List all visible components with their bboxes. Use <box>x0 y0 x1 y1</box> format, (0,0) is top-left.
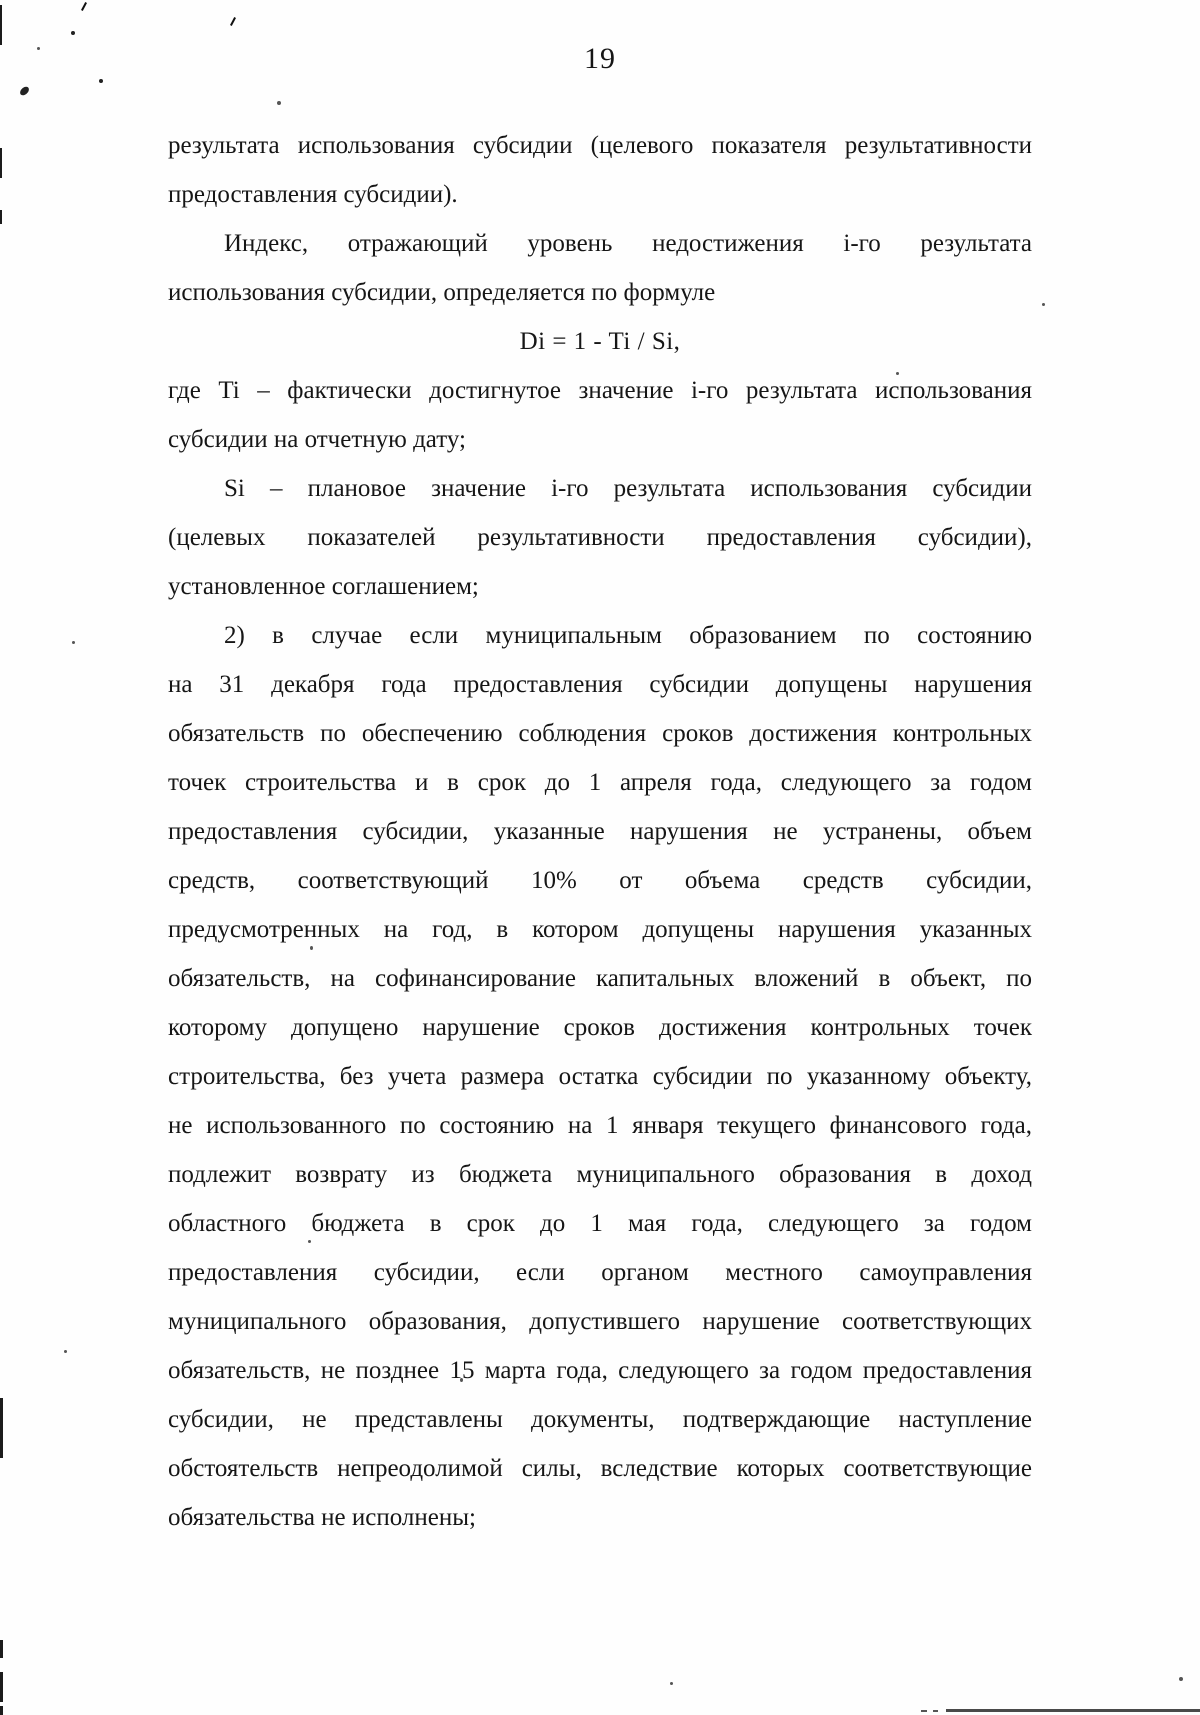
scanned-document-page: 19 результата использования субсидии (це… <box>0 0 1200 1715</box>
scan-bottom-dash <box>933 1710 938 1712</box>
text-line: 2) в случае если муниципальным образован… <box>168 611 1032 660</box>
text-line: областного бюджета в срок до 1 мая года,… <box>168 1199 1032 1248</box>
scan-speck <box>64 1350 67 1353</box>
text-line: предусмотренных на год, в котором допуще… <box>168 905 1032 954</box>
scan-edge-mark <box>0 5 2 45</box>
text-line: точек строительства и в срок до 1 апреля… <box>168 758 1032 807</box>
scan-edge-mark <box>0 1398 3 1458</box>
text-line: обязательств, на софинансирование капита… <box>168 954 1032 1003</box>
scan-speck <box>72 641 75 644</box>
scan-speck <box>308 1240 311 1243</box>
scan-speck <box>37 47 40 50</box>
text-line: использования субсидии, определяется по … <box>168 268 1032 317</box>
text-line: предоставления субсидии, если органом ме… <box>168 1248 1032 1297</box>
scan-speck <box>277 101 281 105</box>
text-line: Di = 1 - Ti / Si, <box>168 317 1032 366</box>
text-line: Si – плановое значение i-го результата и… <box>168 464 1032 513</box>
text-line: средств, соответствующий 10% от объема с… <box>168 856 1032 905</box>
text-line: субсидии на отчетную дату; <box>168 415 1032 464</box>
text-line: обязательств, не позднее 15 марта года, … <box>168 1346 1032 1395</box>
scan-speck <box>230 17 236 26</box>
scan-speck <box>670 1682 673 1685</box>
scan-speck <box>19 85 30 97</box>
text-line: предоставления субсидии, указанные наруш… <box>168 807 1032 856</box>
text-line: Индекс, отражающий уровень недостижения … <box>168 219 1032 268</box>
scan-speck <box>1179 1677 1183 1681</box>
text-line: обязательств по обеспечению соблюдения с… <box>168 709 1032 758</box>
scan-bottom-line <box>946 1709 1200 1712</box>
scan-speck <box>71 31 75 35</box>
scan-edge-mark <box>0 148 2 178</box>
text-line: на 31 декабря года предоставления субсид… <box>168 660 1032 709</box>
text-line: результата использования субсидии (целев… <box>168 121 1032 170</box>
text-line: субсидии, не представлены документы, под… <box>168 1395 1032 1444</box>
text-line: (целевых показателей результативности пр… <box>168 513 1032 562</box>
text-line: предоставления субсидии). <box>168 170 1032 219</box>
page-number: 19 <box>168 42 1032 76</box>
scan-speck <box>460 1378 463 1382</box>
scan-speck <box>99 79 103 83</box>
text-line: муниципального образования, допустившего… <box>168 1297 1032 1346</box>
text-line: где Ti – фактически достигнутое значение… <box>168 366 1032 415</box>
scan-speck <box>81 2 87 11</box>
text-line: установленное соглашением; <box>168 562 1032 611</box>
text-line: не использованного по состоянию на 1 янв… <box>168 1101 1032 1150</box>
scan-speck <box>896 372 899 375</box>
text-line: подлежит возврату из бюджета муниципальн… <box>168 1150 1032 1199</box>
document-lines: результата использования субсидии (целев… <box>168 121 1032 1542</box>
scan-speck <box>310 946 313 950</box>
text-line: строительства, без учета размера остатка… <box>168 1052 1032 1101</box>
scan-edge-mark <box>0 1706 3 1715</box>
text-line: которому допущено нарушение сроков дости… <box>168 1003 1032 1052</box>
scan-edge-mark <box>0 210 2 224</box>
text-line: обстоятельств непреодолимой силы, вследс… <box>168 1444 1032 1493</box>
scan-edge-mark <box>0 1640 3 1658</box>
scan-speck <box>1042 303 1045 306</box>
scan-bottom-dash <box>921 1710 927 1712</box>
scan-edge-mark <box>0 1672 3 1702</box>
text-line: обязательства не исполнены; <box>168 1493 1032 1542</box>
